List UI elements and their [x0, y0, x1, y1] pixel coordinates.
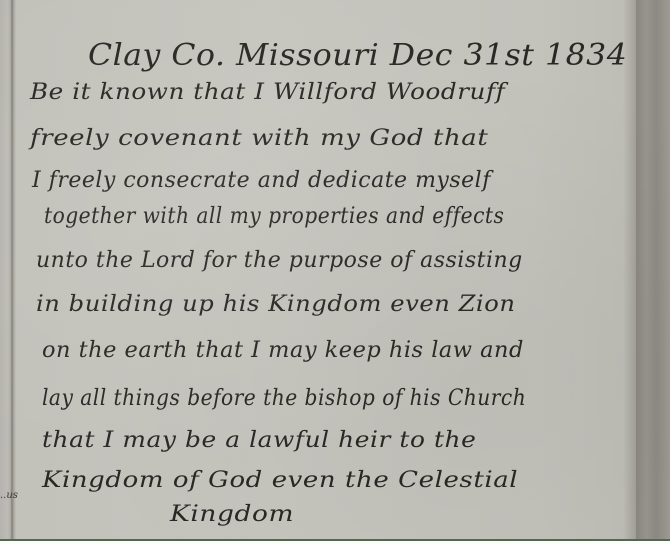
manuscript-line-11: Kingdom — [170, 502, 294, 527]
manuscript-line-4: together with all my properties and effe… — [44, 204, 504, 229]
document-heading: Clay Co. Missouri Dec 31st 1834 — [88, 38, 627, 73]
margin-note: ..us — [0, 490, 18, 501]
manuscript-line-2: freely covenant with my God that — [30, 126, 488, 151]
page-binding-edge — [636, 0, 670, 539]
left-margin-rule — [11, 0, 13, 539]
manuscript-line-3: I freely consecrate and dedicate myself — [32, 168, 491, 193]
manuscript-line-6: in building up his Kingdom even Zion — [36, 292, 515, 317]
manuscript-line-8: lay all things before the bishop of his … — [42, 386, 526, 411]
manuscript-line-5: unto the Lord for the purpose of assisti… — [36, 248, 523, 273]
manuscript-line-9: that I may be a lawful heir to the — [42, 428, 476, 453]
manuscript-line-10: Kingdom of God even the Celestial — [42, 468, 518, 493]
manuscript-line-1: Be it known that I Willford Woodruff — [30, 80, 505, 105]
manuscript-page: Clay Co. Missouri Dec 31st 1834 Be it kn… — [0, 0, 670, 539]
manuscript-line-7: on the earth that I may keep his law and — [42, 338, 524, 363]
